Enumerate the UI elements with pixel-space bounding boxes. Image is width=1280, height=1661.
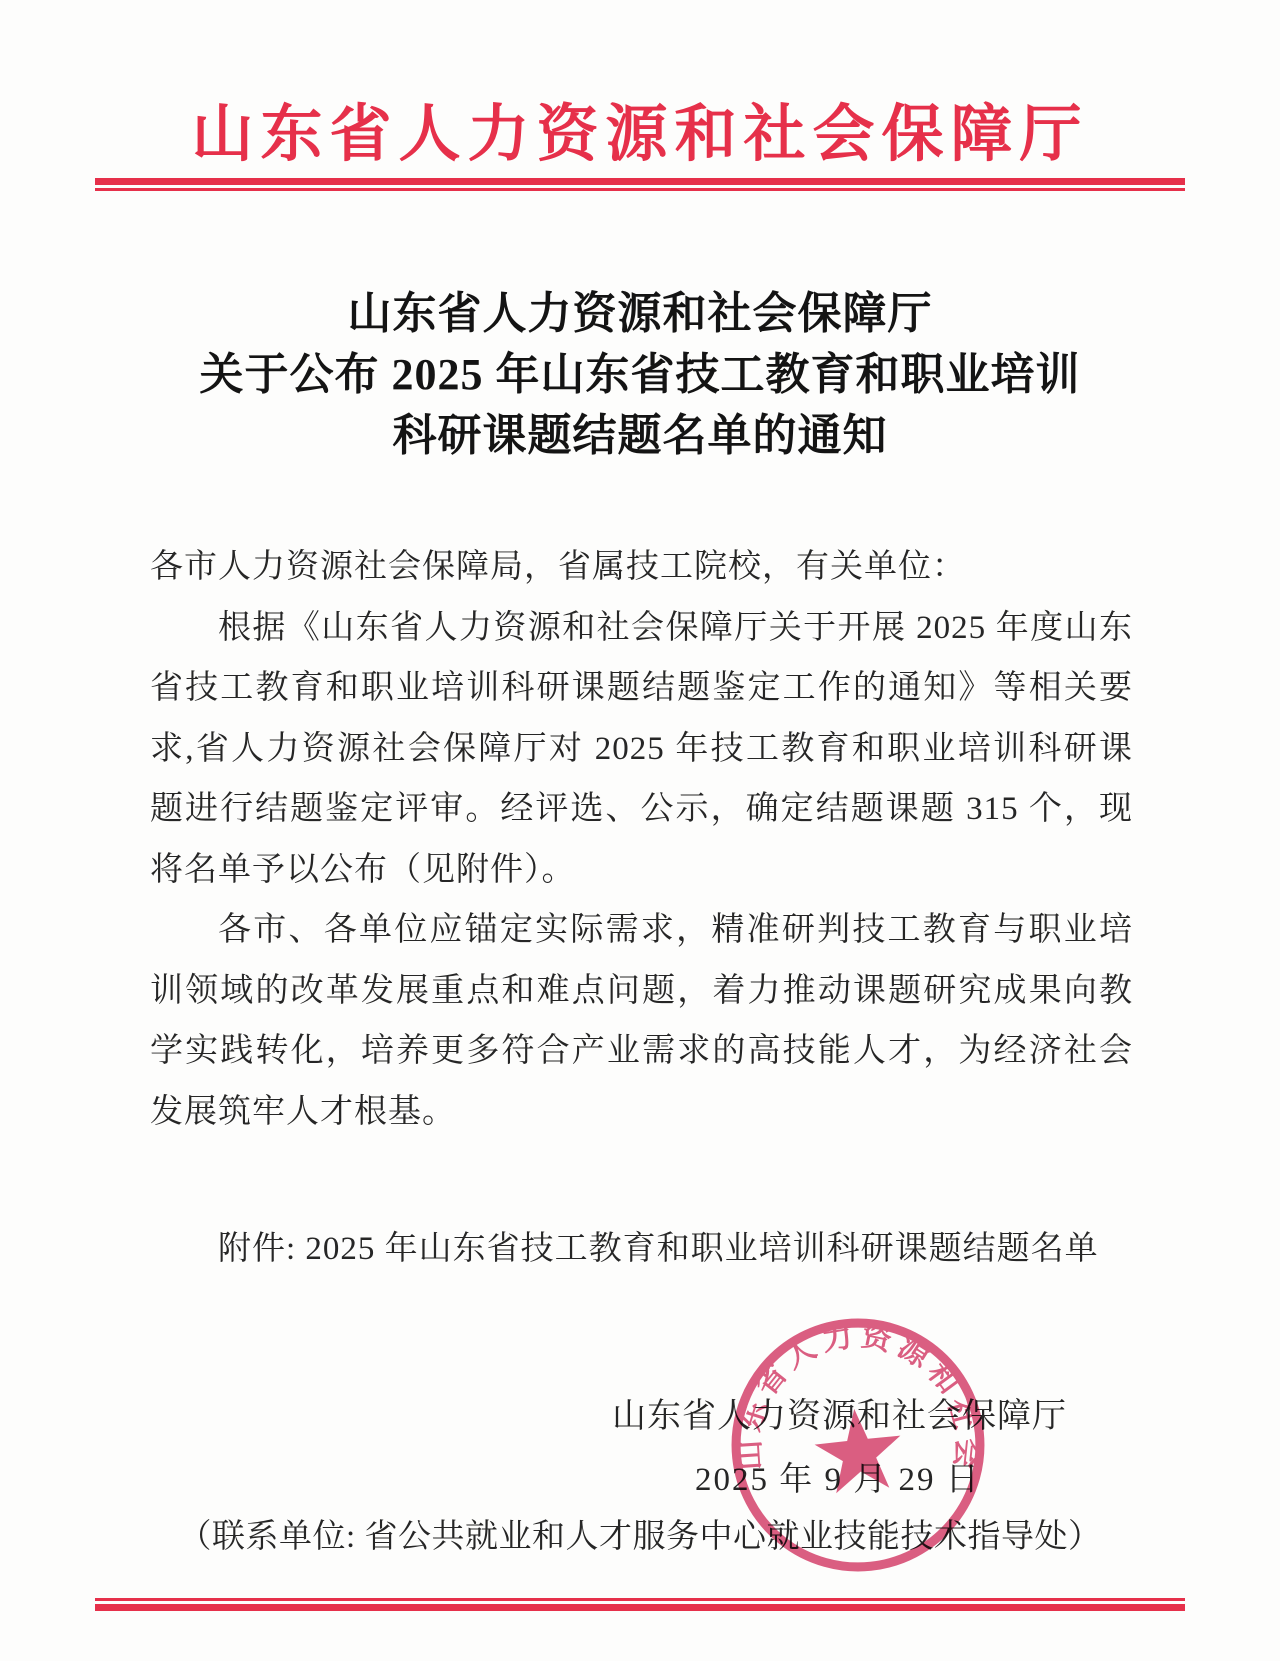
body-line: 题进行结题鉴定评审。经评选、公示，确定结题课题 315 个，现 [150, 779, 1133, 840]
document-title-line-1: 山东省人力资源和社会保障厅 [0, 283, 1280, 344]
official-seal-stamp: 山东省人力资源和社会保障厅 [713, 1300, 1003, 1590]
document-title-line-3: 科研课题结题名单的通知 [0, 405, 1280, 466]
document-title-line-2: 关于公布 2025 年山东省技工教育和职业培训 [0, 344, 1280, 405]
rule-thick-bar [95, 1604, 1185, 1611]
body-line: 各市、各单位应锚定实际需求，精准研判技工教育与职业培 [150, 900, 1133, 961]
document-title: 山东省人力资源和社会保障厅 关于公布 2025 年山东省技工教育和职业培训 科研… [0, 283, 1280, 466]
document-page: 山东省人力资源和社会保障厅 山东省人力资源和社会保障厅 关于公布 2025 年山… [0, 0, 1280, 1661]
rule-thin-bar [95, 188, 1185, 191]
body-line: 将名单予以公布（见附件）。 [150, 840, 1133, 901]
seal-star-icon [811, 1404, 905, 1495]
footer-double-rule [95, 1598, 1185, 1611]
body-line-salutation: 各市人力资源社会保障局，省属技工院校，有关单位： [150, 537, 1133, 598]
attachment-line: 附件: 2025 年山东省技工教育和职业培训科研课题结题名单 [150, 1222, 1133, 1269]
letterhead-org-name: 山东省人力资源和社会保障厅 [0, 84, 1280, 173]
rule-thick-bar [95, 178, 1185, 185]
body-line: 求,省人力资源社会保障厅对 2025 年技工教育和职业培训科研课 [150, 719, 1133, 780]
contact-unit-line: （联系单位: 省公共就业和人才服务中心就业技能技术指导处） [0, 1510, 1280, 1557]
body-text: 各市人力资源社会保障局，省属技工院校，有关单位： 根据《山东省人力资源和社会保障… [150, 537, 1133, 1142]
letterhead-double-rule [95, 178, 1185, 191]
body-line: 发展筑牢人才根基。 [150, 1082, 1133, 1143]
body-line: 根据《山东省人力资源和社会保障厅关于开展 2025 年度山东 [150, 598, 1133, 659]
body-line: 学实践转化，培养更多符合产业需求的高技能人才，为经济社会 [150, 1021, 1133, 1082]
body-line: 训领域的改革发展重点和难点问题，着力推动课题研究成果向教 [150, 961, 1133, 1022]
body-line: 省技工教育和职业培训科研课题结题鉴定工作的通知》等相关要 [150, 658, 1133, 719]
